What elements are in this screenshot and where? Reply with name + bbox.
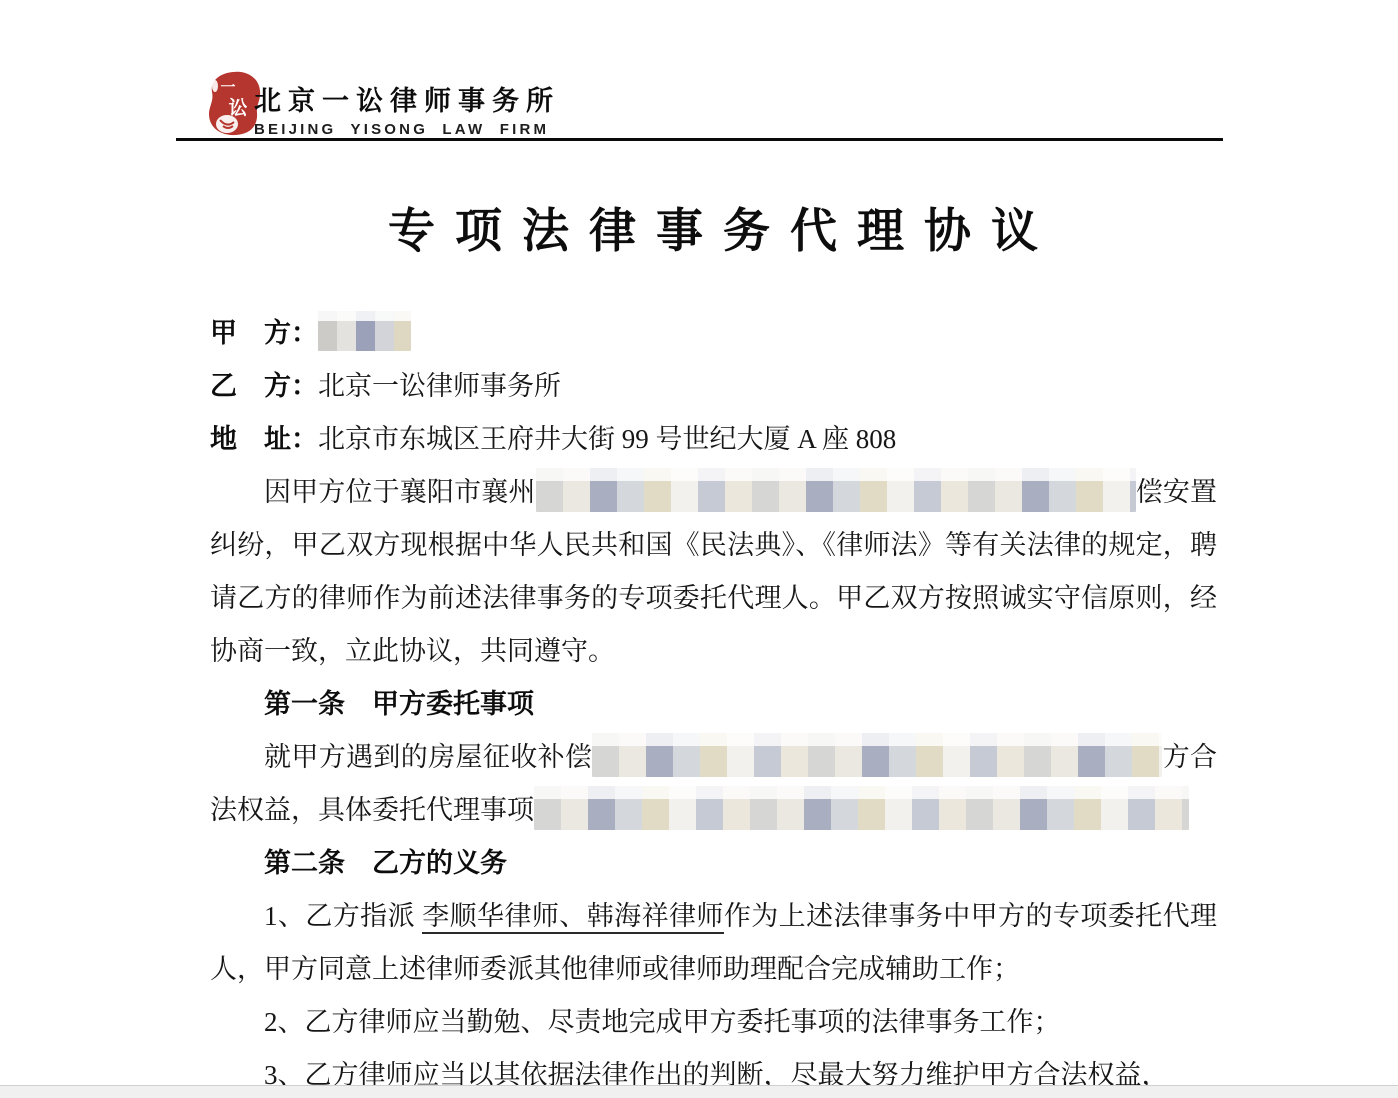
viewer-bottom-bar (0, 1085, 1398, 1098)
section-title: 乙方的义务 (372, 848, 507, 878)
firm-name-en: BEIJING YISONG LAW FIRM (254, 121, 854, 138)
obligation-item-2: 2、乙方律师应当勤勉、尽责地完成甲方委托事项的法律事务工作； (210, 996, 1217, 1049)
firm-name-cn: 北京一讼律师事务所 (254, 79, 854, 118)
preamble-text-before: 因甲方位于襄阳市襄州 (264, 477, 536, 507)
party-label: 地 址： (210, 424, 318, 454)
item-prefix: 1、乙方指派 (264, 901, 422, 931)
party-row-yifang: 乙 方：北京一讼律师事务所 (210, 360, 1217, 413)
section-title: 甲方委托事项 (372, 689, 534, 719)
seal-char-top: 一 (220, 80, 235, 96)
party-row-address: 地 址：北京市东城区王府井大街 99 号世纪大厦 A 座 808 (210, 413, 1217, 466)
section-number: 第一条 (264, 689, 345, 719)
document-page: { "header": { "seal": { "char_top": "一",… (0, 0, 1398, 1098)
document-body: 甲 方： 乙 方：北京一讼律师事务所 地 址：北京市东城区王府井大街 99 号世… (210, 307, 1217, 1098)
preamble-paragraph: 因甲方位于襄阳市襄州偿安置纠纷，甲乙双方现根据中华人民共和国《民法典》、《律师法… (210, 466, 1217, 678)
clause-text-before: 就甲方遇到的房屋征收补偿 (264, 742, 592, 772)
item-text: 2、乙方律师应当勤勉、尽责地完成甲方委托事项的法律事务工作； (264, 1007, 1061, 1037)
document-title: 专项法律事务代理协议 (210, 194, 1216, 261)
party-row-jiafang: 甲 方： (210, 307, 1217, 360)
obligation-item-1: 1、乙方指派 李顺华律师、韩海祥律师作为上述法律事务中甲方的专项委托代理人，甲方… (210, 890, 1217, 996)
party-value: 北京市东城区王府井大街 99 号世纪大厦 A 座 808 (318, 424, 896, 454)
redaction-blur-party (318, 311, 411, 351)
section-one-heading: 第一条甲方委托事项 (210, 678, 1217, 731)
redaction-blur-preamble (536, 468, 1136, 512)
lawyer-names-underlined: 李顺华律师、韩海祥律师 (422, 901, 724, 934)
letterhead-divider (176, 138, 1223, 141)
party-label: 甲 方： (210, 318, 318, 348)
section-number: 第二条 (264, 848, 345, 878)
party-label: 乙 方： (210, 371, 318, 401)
section-one-paragraph: 就甲方遇到的房屋征收补偿方合法权益，具体委托代理事项 (210, 731, 1217, 837)
redaction-blur-clause-1 (592, 733, 1162, 777)
section-two-heading: 第二条乙方的义务 (210, 837, 1217, 890)
redaction-blur-clause-2 (534, 786, 1189, 830)
seal-char-bottom: 讼 (228, 96, 247, 119)
letterhead: 北京一讼律师事务所 BEIJING YISONG LAW FIRM (254, 79, 854, 138)
party-value: 北京一讼律师事务所 (318, 371, 561, 401)
